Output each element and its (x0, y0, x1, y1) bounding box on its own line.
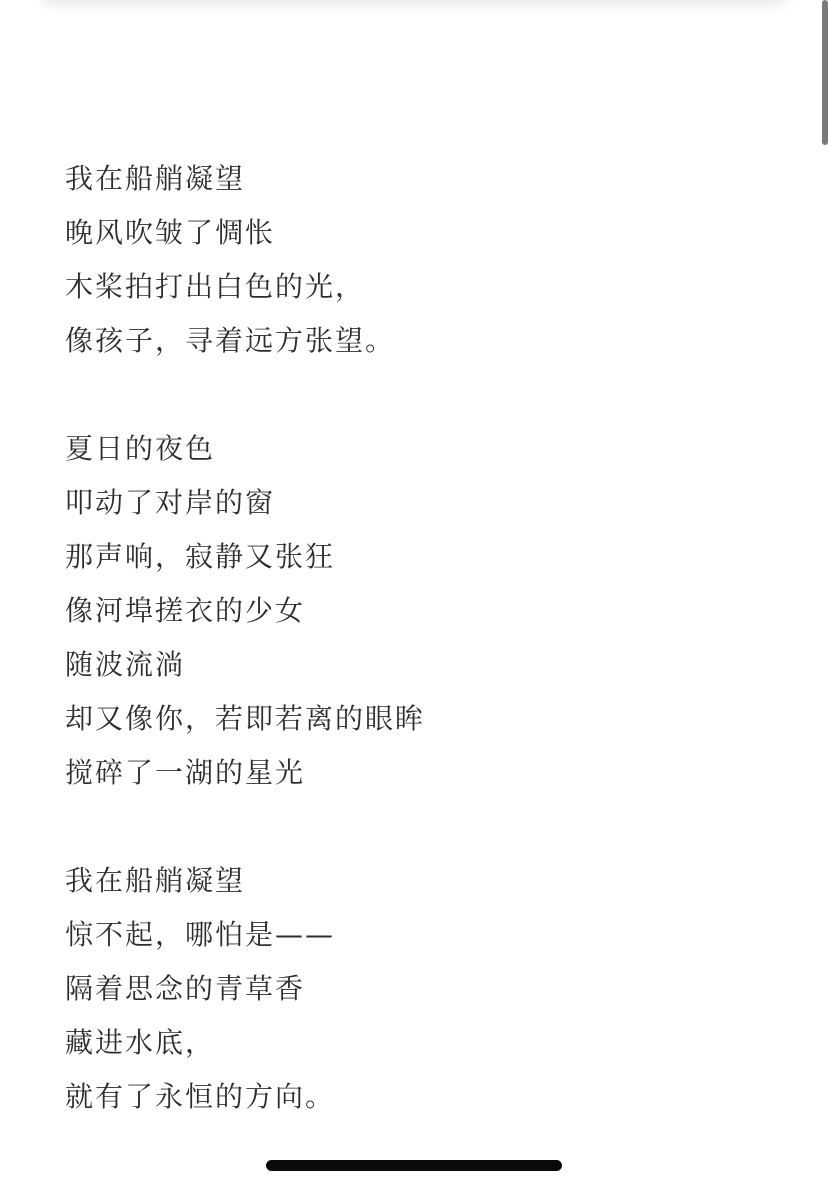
poem-line: 木桨拍打出白色的光， (65, 260, 765, 314)
poem-line: 搅碎了一湖的星光 (65, 746, 765, 800)
stanza-1: 我在船艄凝望 晚风吹皱了惆怅 木桨拍打出白色的光， 像孩子，寻着远方张望。 (65, 152, 765, 368)
poem-line: 却又像你，若即若离的眼眸 (65, 692, 765, 746)
poem-line: 那声响，寂静又张狂 (65, 530, 765, 584)
poem-body: 我在船艄凝望 晚风吹皱了惆怅 木桨拍打出白色的光， 像孩子，寻着远方张望。 夏日… (65, 152, 765, 1178)
poem-line: 隔着思念的青草香 (65, 962, 765, 1016)
poem-line: 晚风吹皱了惆怅 (65, 206, 765, 260)
poem-line: 我在船艄凝望 (65, 854, 765, 908)
poem-line: 就有了永恒的方向。 (65, 1070, 765, 1124)
stanza-2: 夏日的夜色 叩动了对岸的窗 那声响，寂静又张狂 像河埠搓衣的少女 随波流淌 却又… (65, 422, 765, 800)
poem-line: 随波流淌 (65, 638, 765, 692)
poem-line: 夏日的夜色 (65, 422, 765, 476)
poem-line: 藏进水底， (65, 1016, 765, 1070)
poem-line: 像河埠搓衣的少女 (65, 584, 765, 638)
poem-line: 叩动了对岸的窗 (65, 476, 765, 530)
poem-line: 像孩子，寻着远方张望。 (65, 314, 765, 368)
poem-line: 我在船艄凝望 (65, 152, 765, 206)
poem-line: 惊不起，哪怕是—— (65, 908, 765, 962)
scrollbar[interactable] (822, 0, 828, 145)
home-indicator[interactable] (266, 1160, 562, 1171)
stanza-3: 我在船艄凝望 惊不起，哪怕是—— 隔着思念的青草香 藏进水底， 就有了永恒的方向… (65, 854, 765, 1124)
